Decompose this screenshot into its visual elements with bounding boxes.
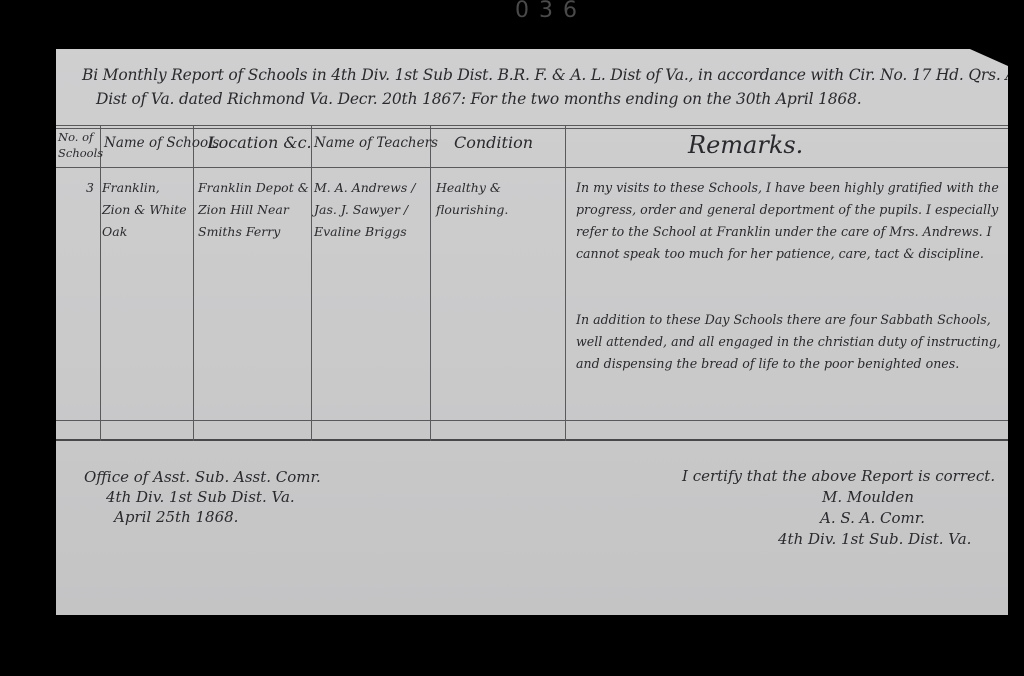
office-date: April 25th 1868. <box>84 507 321 527</box>
column-divider <box>565 125 566 441</box>
cell-name-of-schools: Franklin, Zion & White Oak <box>102 177 190 243</box>
certification-block: I certify that the above Report is corre… <box>682 466 995 550</box>
report-title-line-1: Bi Monthly Report of Schools in 4th Div.… <box>82 66 1024 84</box>
office-line-2: 4th Div. 1st Sub Dist. Va. <box>84 487 321 507</box>
office-block: Office of Asst. Sub. Asst. Comr. 4th Div… <box>84 467 321 527</box>
column-header-remarks: Remarks. <box>688 131 803 159</box>
column-divider <box>311 125 312 441</box>
table-bottom-rule <box>56 439 1008 441</box>
frame-number: 036 <box>515 0 587 22</box>
column-divider <box>430 125 431 441</box>
report-title-line-2: Dist of Va. dated Richmond Va. Decr. 20t… <box>96 90 861 108</box>
document-page: Bi Monthly Report of Schools in 4th Div.… <box>56 49 1008 615</box>
column-divider <box>100 125 101 441</box>
signature-title: A. S. A. Comr. <box>682 508 995 529</box>
certification-statement: I certify that the above Report is corre… <box>682 466 995 487</box>
cell-teachers: M. A. Andrews / Jas. J. Sawyer / Evaline… <box>314 177 428 243</box>
column-header-condition: Condition <box>454 133 533 152</box>
column-divider <box>193 125 194 441</box>
header-bottom-rule <box>56 167 1008 168</box>
column-header-teachers: Name of Teachers <box>314 135 438 151</box>
cell-location: Franklin Depot & Zion Hill Near Smiths F… <box>198 177 310 243</box>
remarks-paragraph-1: In my visits to these Schools, I have be… <box>576 177 1006 265</box>
office-line-1: Office of Asst. Sub. Asst. Comr. <box>84 467 321 487</box>
column-header-name-of-schools: Name of Schools <box>104 135 219 151</box>
remarks-paragraph-2: In addition to these Day Schools there a… <box>576 309 1006 375</box>
body-bottom-rule <box>56 420 1008 421</box>
signature-name: M. Moulden <box>682 487 995 508</box>
table-top-rule <box>56 125 1008 126</box>
column-header-location: Location &c. <box>208 133 312 152</box>
cell-no-of-schools: 3 <box>86 177 94 199</box>
table-top-rule-2 <box>56 128 1008 129</box>
column-header-no-of-schools: No. of Schools <box>58 129 100 161</box>
signature-district: 4th Div. 1st Sub. Dist. Va. <box>682 529 995 550</box>
cell-condition: Healthy & flourishing. <box>436 177 562 221</box>
